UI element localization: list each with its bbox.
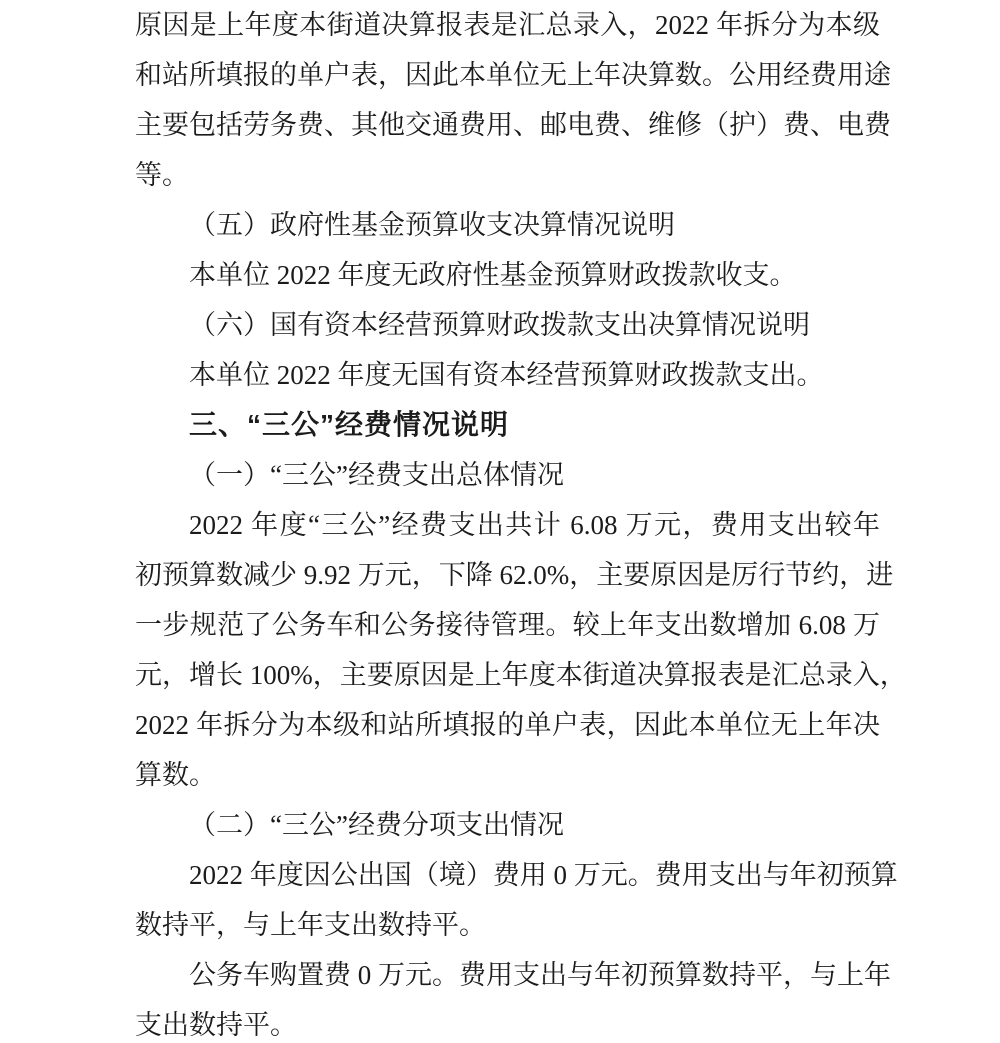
paragraph-line: 初预算数减少 9.92 万元，下降 62.0%，主要原因是厉行节约，进 — [135, 550, 880, 600]
paragraph-line: 和站所填报的单户表，因此本单位无上年决算数。公用经费用途 — [135, 50, 880, 100]
paragraph-line: 原因是上年度本街道决算报表是汇总录入，2022 年拆分为本级 — [135, 0, 880, 50]
paragraph-line: 数持平，与上年支出数持平。 — [135, 900, 880, 950]
paragraph-line: 等。 — [135, 150, 880, 200]
subsection-heading-two: （二）“三公”经费分项支出情况 — [135, 800, 880, 850]
paragraph-line: 元，增长 100%，主要原因是上年度本街道决算报表是汇总录入， — [135, 650, 880, 700]
paragraph-line: 2022 年拆分为本级和站所填报的单户表，因此本单位无上年决 — [135, 700, 880, 750]
text-block: 原因是上年度本街道决算报表是汇总录入，2022 年拆分为本级 和站所填报的单户表… — [135, 0, 880, 1043]
section-heading-sangong: 三、“三公”经费情况说明 — [135, 400, 880, 450]
subsection-heading-one: （一）“三公”经费支出总体情况 — [135, 450, 880, 500]
paragraph-line: 2022 年度因公出国（境）费用 0 万元。费用支出与年初预算 — [135, 850, 880, 900]
subsection-heading-six: （六）国有资本经营预算财政拨款支出决算情况说明 — [135, 300, 880, 350]
paragraph-line: 主要包括劳务费、其他交通费用、邮电费、维修（护）费、电费 — [135, 100, 880, 150]
paragraph-line: 本单位 2022 年度无政府性基金预算财政拨款收支。 — [135, 250, 880, 300]
document-page: 原因是上年度本街道决算报表是汇总录入，2022 年拆分为本级 和站所填报的单户表… — [0, 0, 1000, 1043]
subsection-heading-five: （五）政府性基金预算收支决算情况说明 — [135, 200, 880, 250]
paragraph-line: 2022 年度“三公”经费支出共计 6.08 万元，费用支出较年 — [135, 500, 880, 550]
paragraph-line: 算数。 — [135, 750, 880, 800]
paragraph-line: 支出数持平。 — [135, 1000, 880, 1043]
paragraph-line: 本单位 2022 年度无国有资本经营预算财政拨款支出。 — [135, 350, 880, 400]
paragraph-line: 公务车购置费 0 万元。费用支出与年初预算数持平，与上年 — [135, 950, 880, 1000]
paragraph-line: 一步规范了公务车和公务接待管理。较上年支出数增加 6.08 万 — [135, 600, 880, 650]
